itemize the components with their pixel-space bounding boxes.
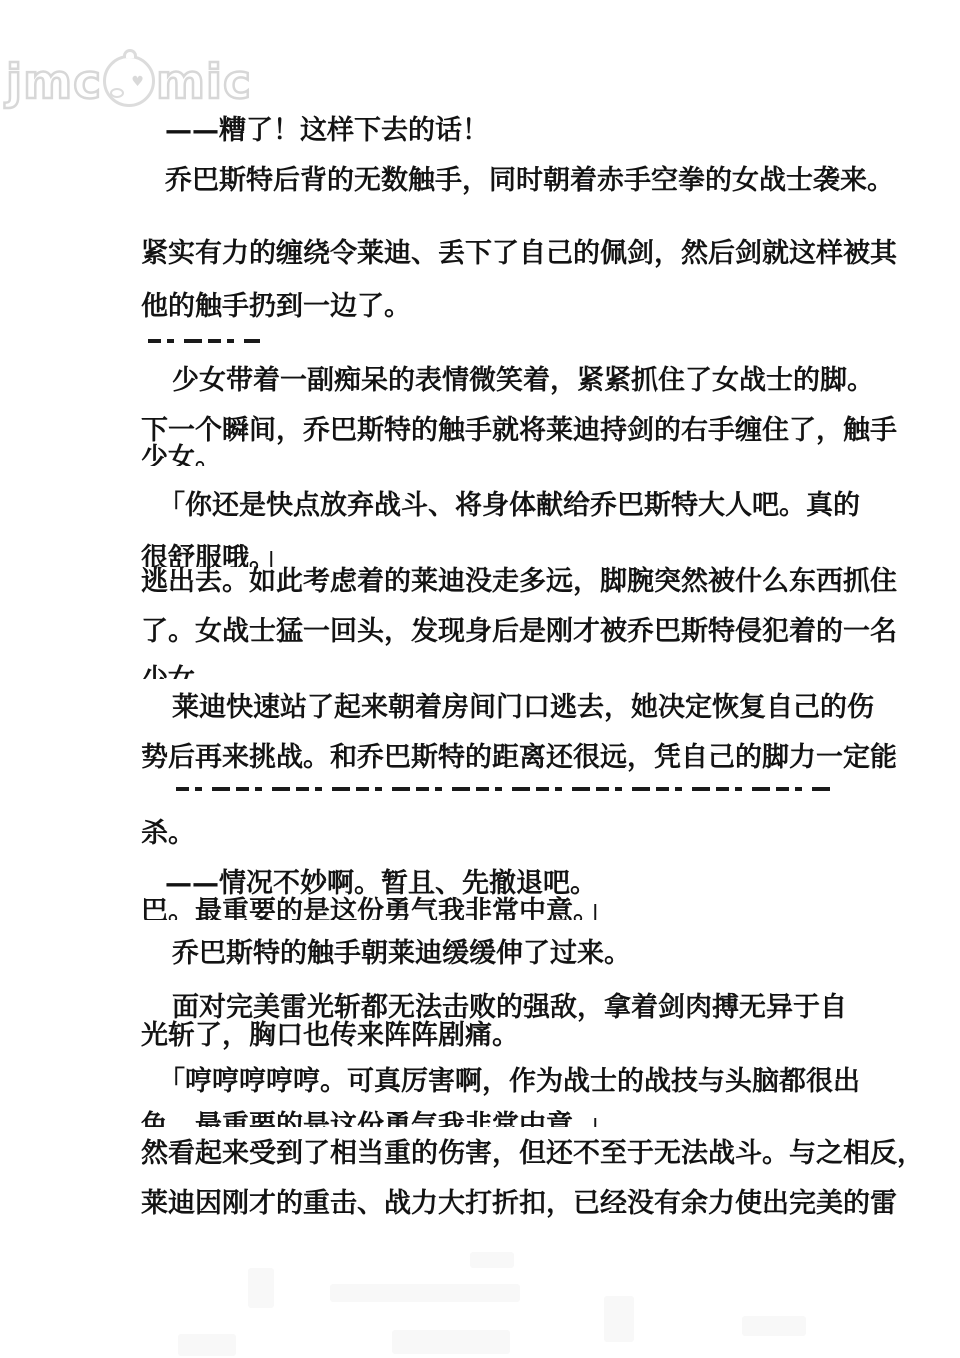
text-line-content: 光斩了，胸口也传来阵阵剧痛。	[141, 1020, 519, 1052]
text-line-content: 莱迪因刚才的重击、战力大打折扣，已经没有余力使出完美的雷	[141, 1188, 897, 1220]
text-line: 少女带着一副痴呆的表情微笑着，紧紧抓住了女战士的脚。	[172, 365, 874, 397]
text-line-content: 了。女战士猛一回头，发现身后是刚才被乔巴斯特侵犯着的一名	[141, 616, 897, 648]
text-line: 乔巴斯特的触手朝莱迪缓缓伸了过来。	[172, 938, 631, 970]
text-line-content: 色。最重要的是这份勇气我非常中意。」	[141, 1110, 614, 1127]
heart-icon: ♥	[131, 74, 144, 90]
watermark-text-left: jmc	[6, 53, 102, 113]
text-line-content: 势后再来挑战。和乔巴斯特的距离还很远，凭自己的脚力一定能	[141, 742, 897, 774]
watermark-text-right: mic	[156, 53, 252, 113]
ghost-mark	[178, 1334, 236, 1356]
text-line: 「你还是快点放弃战斗、将身体献给乔巴斯特大人吧。真的	[158, 490, 860, 522]
text-line-content: 杀。	[141, 818, 195, 850]
text-line: 乔巴斯特后背的无数触手，同时朝着赤手空拳的女战士袭来。	[165, 165, 894, 197]
ghost-mark	[392, 1330, 510, 1354]
ghost-mark	[742, 1316, 806, 1336]
text-line: 莱迪因刚才的重击、战力大打折扣，已经没有余力使出完美的雷	[141, 1188, 897, 1220]
text-line-content: 「你还是快点放弃战斗、将身体献给乔巴斯特大人吧。真的	[158, 490, 860, 522]
text-line-content: 「哼哼哼哼哼。可真厉害啊，作为战士的战技与头脑都很出	[158, 1066, 860, 1098]
text-line: 「哼哼哼哼哼。可真厉害啊，作为战士的战技与头脑都很出	[158, 1066, 860, 1098]
text-line-content: 很舒服哦。」	[141, 543, 290, 567]
text-line: 光斩了，胸口也传来阵阵剧痛。	[141, 1020, 519, 1052]
clipped-text-strip	[148, 338, 260, 344]
text-line-content: 少女	[141, 664, 195, 679]
ghost-mark	[470, 1252, 514, 1268]
text-line-content: 乔巴斯特的触手朝莱迪缓缓伸了过来。	[172, 938, 631, 970]
text-line-content: 少女带着一副痴呆的表情微笑着，紧紧抓住了女战士的脚。	[172, 365, 874, 397]
text-line: 逃出去。如此考虑着的莱迪没走多远，脚腕突然被什么东西抓住	[141, 566, 897, 598]
text-line-content: 紧实有力的缠绕令莱迪、丢下了自己的佩剑，然后剑就这样被其	[141, 238, 897, 270]
bird-icon: ♥	[103, 55, 155, 107]
text-line-clipped: 很舒服哦。」	[141, 543, 290, 567]
ghost-mark	[248, 1268, 274, 1308]
text-line-clipped: 少女。	[141, 443, 222, 466]
text-line-content: 巴。最重要的是这份勇气我非常中意。」	[141, 896, 614, 920]
text-line: 势后再来挑战。和乔巴斯特的距离还很远，凭自己的脚力一定能	[141, 742, 897, 774]
text-line-content: 莱迪快速站了起来朝着房间门口逃去，她决定恢复自己的伤	[172, 692, 874, 724]
text-line-clipped: 巴。最重要的是这份勇气我非常中意。」	[141, 896, 614, 920]
text-line-content: 他的触手扔到一边了。	[141, 291, 411, 323]
text-line: ——糟了！这样下去的话！	[165, 115, 489, 147]
text-line: 下一个瞬间，乔巴斯特的触手就将莱迪持剑的右手缠住了，触手	[141, 415, 897, 447]
text-line-content: 然看起来受到了相当重的伤害，但还不至于无法战斗。与之相反，	[141, 1138, 924, 1170]
watermark-logo: jmc ♥ mic	[6, 52, 252, 114]
text-line-content: 逃出去。如此考虑着的莱迪没走多远，脚腕突然被什么东西抓住	[141, 566, 897, 598]
ghost-mark	[604, 1296, 634, 1342]
text-line: 然看起来受到了相当重的伤害，但还不至于无法战斗。与之相反，	[141, 1138, 924, 1170]
clipped-text-strip	[176, 786, 831, 792]
text-line-content: 下一个瞬间，乔巴斯特的触手就将莱迪持剑的右手缠住了，触手	[141, 415, 897, 447]
ghost-mark	[330, 1284, 520, 1302]
text-line-content: 少女。	[141, 443, 222, 466]
text-line: 他的触手扔到一边了。	[141, 291, 411, 323]
text-line: 了。女战士猛一回头，发现身后是刚才被乔巴斯特侵犯着的一名	[141, 616, 897, 648]
text-line-clipped: 少女	[141, 664, 195, 679]
text-line: 杀。	[141, 818, 195, 850]
text-line-clipped: 色。最重要的是这份勇气我非常中意。」	[141, 1110, 614, 1127]
text-line-content: ——糟了！这样下去的话！	[165, 115, 489, 147]
wing-shape	[110, 88, 124, 98]
text-line-content: 乔巴斯特后背的无数触手，同时朝着赤手空拳的女战士袭来。	[165, 165, 894, 197]
text-line: 莱迪快速站了起来朝着房间门口逃去，她决定恢复自己的伤	[172, 692, 874, 724]
text-line: 紧实有力的缠绕令莱迪、丢下了自己的佩剑，然后剑就这样被其	[141, 238, 897, 270]
